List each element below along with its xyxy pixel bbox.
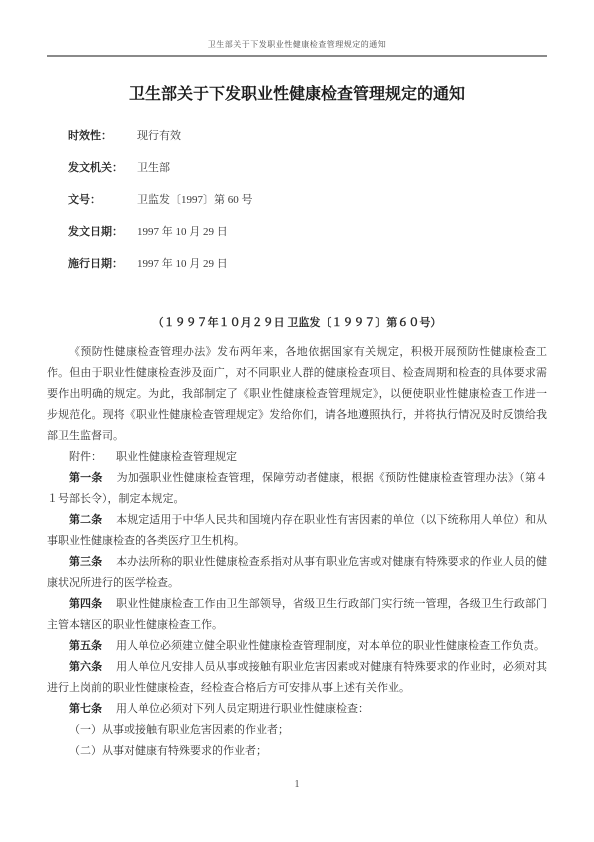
article-term: 第四条: [69, 598, 102, 610]
meta-label: 施行日期：: [68, 258, 137, 271]
article-text: 用人单位必须对下列人员定期进行职业性健康检查：: [116, 703, 369, 715]
article-3: 第三条本办法所称的职业性健康检查系指对从事有职业危害或对健康有特殊要求的作业人员…: [47, 552, 547, 594]
article-text: 用人单位必须建立健全职业性健康检查管理制度，对本单位的职业性健康检查工作负责。: [116, 640, 545, 652]
meta-row-issuing-agency: 发文机关：卫生部: [47, 162, 547, 175]
metadata-block: 时效性：现行有效 发文机关：卫生部 文号：卫监发〔1997〕第 60 号 发文日…: [47, 130, 547, 271]
article-1: 第一条为加强职业性健康检查管理，保障劳动者健康，根据《预防性健康检查管理办法》（…: [47, 468, 547, 510]
article-5: 第五条用人单位必须建立健全职业性健康检查管理制度，对本单位的职业性健康检查工作负…: [47, 636, 547, 657]
date-line: （１９９７年１０月２９日 卫监发〔１９９７〕第６０号）: [47, 314, 547, 330]
meta-value: 1997 年 10 月 29 日: [137, 226, 228, 238]
meta-label: 发文机关：: [68, 162, 137, 175]
article-text: 为加强职业性健康检查管理，保障劳动者健康，根据《预防性健康检查管理办法》（第４１…: [47, 472, 547, 505]
meta-row-effectiveness: 时效性：现行有效: [47, 130, 547, 143]
article-6: 第六条用人单位凡安排人员从事或接触有职业危害因素或对健康有特殊要求的作业时，必须…: [47, 657, 547, 699]
meta-value: 1997 年 10 月 29 日: [137, 258, 228, 270]
article-text: 用人单位凡安排人员从事或接触有职业危害因素或对健康有特殊要求的作业时，必须对其进…: [47, 661, 547, 694]
meta-label: 文号：: [68, 194, 137, 207]
intro-paragraph: 《预防性健康检查管理办法》发布两年来，各地依据国家有关规定，积极开展预防性健康检…: [47, 342, 547, 447]
meta-row-issue-date: 发文日期：1997 年 10 月 29 日: [47, 226, 547, 239]
running-header: 卫生部关于下发职业性健康检查管理规定的通知: [47, 0, 547, 57]
attachment-line: 附件：职业性健康检查管理规定: [47, 447, 547, 468]
document-body: 《预防性健康检查管理办法》发布两年来，各地依据国家有关规定，积极开展预防性健康检…: [47, 342, 547, 762]
article-7: 第七条用人单位必须对下列人员定期进行职业性健康检查：: [47, 699, 547, 720]
article-term: 第七条: [69, 703, 102, 715]
article-term: 第一条: [69, 472, 103, 484]
article-term: 第三条: [69, 556, 102, 568]
attachment-label: 附件：: [69, 451, 102, 463]
article-term: 第五条: [69, 640, 102, 652]
meta-value: 卫监发〔1997〕第 60 号: [137, 194, 253, 206]
meta-value: 现行有效: [137, 130, 181, 142]
article-term: 第六条: [69, 661, 102, 673]
running-header-text: 卫生部关于下发职业性健康检查管理规定的通知: [47, 39, 547, 50]
page-number: 1: [0, 779, 594, 790]
meta-value: 卫生部: [137, 162, 170, 174]
attachment-title: 职业性健康检查管理规定: [116, 451, 237, 463]
meta-row-effective-date: 施行日期：1997 年 10 月 29 日: [47, 258, 547, 271]
article-2: 第二条本规定适用于中华人民共和国境内存在职业性有害因素的单位（以下统称用人单位）…: [47, 510, 547, 552]
document-page: 卫生部关于下发职业性健康检查管理规定的通知 卫生部关于下发职业性健康检查管理规定…: [0, 0, 594, 842]
page-title: 卫生部关于下发职业性健康检查管理规定的通知: [47, 85, 547, 104]
article-text: 职业性健康检查工作由卫生部领导，省级卫生行政部门实行统一管理，各级卫生行政部门主…: [47, 598, 547, 631]
article-text: 本办法所称的职业性健康检查系指对从事有职业危害或对健康有特殊要求的作业人员的健康…: [47, 556, 547, 589]
article-4: 第四条职业性健康检查工作由卫生部领导，省级卫生行政部门实行统一管理，各级卫生行政…: [47, 594, 547, 636]
list-item-2: （二）从事对健康有特殊要求的作业者；: [47, 741, 547, 762]
meta-label: 时效性：: [68, 130, 137, 143]
article-text: 本规定适用于中华人民共和国境内存在职业性有害因素的单位（以下统称用人单位）和从事…: [47, 514, 547, 547]
meta-row-document-number: 文号：卫监发〔1997〕第 60 号: [47, 194, 547, 207]
list-item-1: （一）从事或接触有职业危害因素的作业者；: [47, 720, 547, 741]
article-term: 第二条: [69, 514, 102, 526]
meta-label: 发文日期：: [68, 226, 137, 239]
